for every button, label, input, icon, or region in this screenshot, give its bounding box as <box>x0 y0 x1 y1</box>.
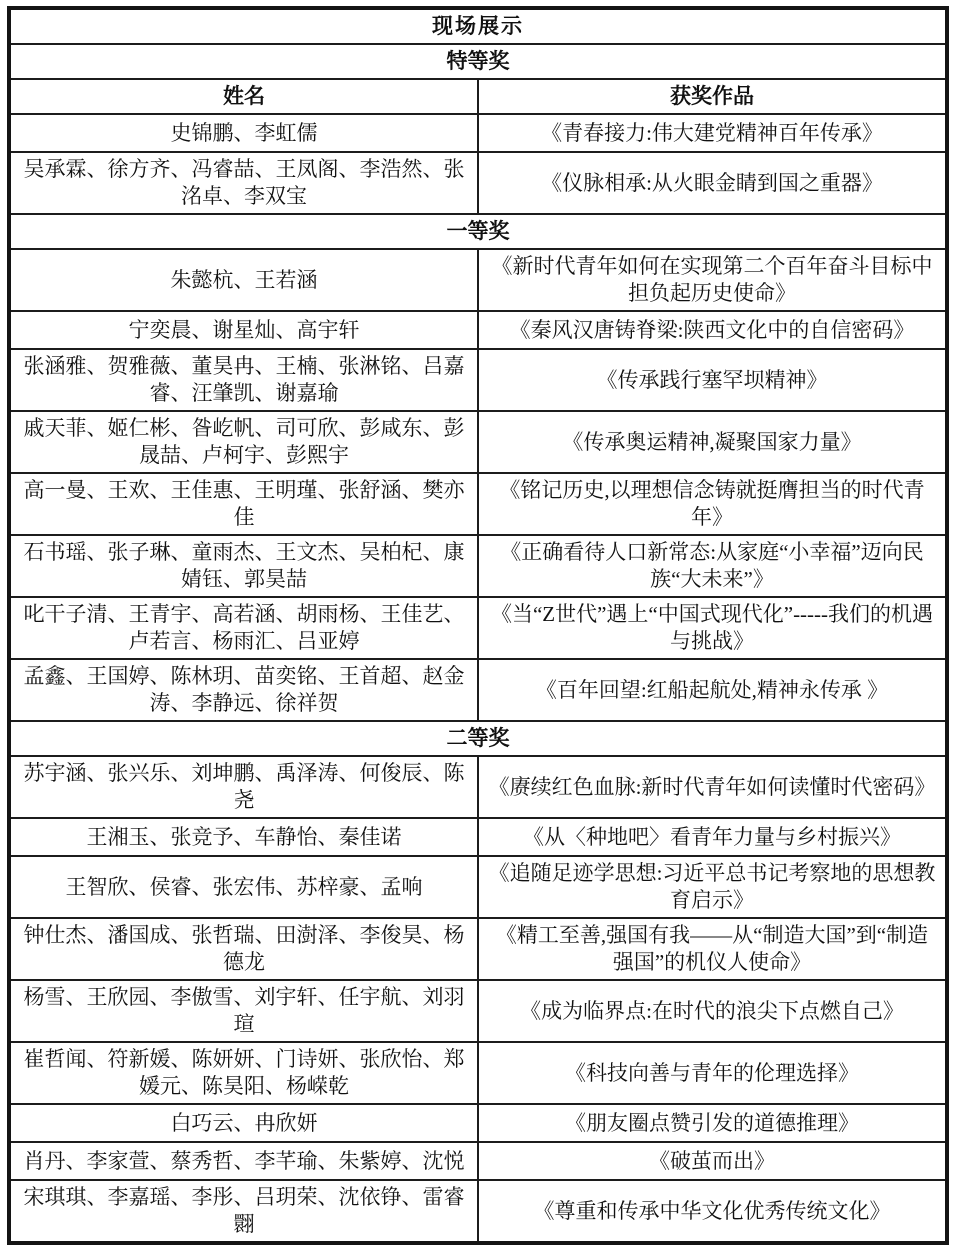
column-header-name: 姓名 <box>9 79 478 114</box>
section-row-first-prize: 一等奖 <box>9 214 947 249</box>
table-row: 叱干子清、王青宇、高若涵、胡雨杨、王佳艺、卢若言、杨雨汇、吕亚婷 《当“Z世代”… <box>9 597 947 659</box>
work-cell: 《传承奥运精神,凝聚国家力量》 <box>478 411 947 473</box>
work-cell: 《百年回望:红船起航处,精神永传承 》 <box>478 659 947 721</box>
section-label-special-prize: 特等奖 <box>9 44 947 79</box>
work-cell: 《精工至善,强国有我——从“制造大国”到“制造强国”的机仪人使命》 <box>478 918 947 980</box>
table-row: 孟鑫、王国婷、陈林玥、苗奕铭、王首超、赵金涛、李静远、徐祥贺 《百年回望:红船起… <box>9 659 947 721</box>
table-row: 宋琪琪、李嘉瑶、李彤、吕玥荣、沈依铮、雷睿翾 《尊重和传承中华文化优秀传统文化》 <box>9 1180 947 1243</box>
table-row: 戚天菲、姬仁彬、昝屹帆、司可欣、彭咸东、彭晟喆、卢柯宇、彭熙宇 《传承奥运精神,… <box>9 411 947 473</box>
name-cell: 高一曼、王欢、王佳惠、王明瑾、张舒涵、樊亦佳 <box>9 473 478 535</box>
table-row: 吴承霖、徐方齐、冯睿喆、王凤阁、李浩然、张洺卓、李双宝 《仪脉相承:从火眼金睛到… <box>9 152 947 214</box>
name-cell: 张涵雅、贺雅薇、董昊冉、王楠、张淋铭、吕嘉睿、汪肇凯、谢嘉瑜 <box>9 349 478 411</box>
column-header-row: 姓名 获奖作品 <box>9 79 947 114</box>
table-row: 王湘玉、张竞予、车静怡、秦佳诺 《从〈种地吧〉看青年力量与乡村振兴》 <box>9 818 947 856</box>
work-cell: 《赓续红色血脉:新时代青年如何读懂时代密码》 <box>478 756 947 818</box>
section-row-special-prize: 特等奖 <box>9 44 947 79</box>
name-cell: 吴承霖、徐方齐、冯睿喆、王凤阁、李浩然、张洺卓、李双宝 <box>9 152 478 214</box>
work-cell: 《从〈种地吧〉看青年力量与乡村振兴》 <box>478 818 947 856</box>
table-row: 杨雪、王欣园、李傲雪、刘宇轩、任宇航、刘羽瑄 《成为临界点:在时代的浪尖下点燃自… <box>9 980 947 1042</box>
section-row-second-prize: 二等奖 <box>9 721 947 756</box>
name-cell: 宋琪琪、李嘉瑶、李彤、吕玥荣、沈依铮、雷睿翾 <box>9 1180 478 1243</box>
name-cell: 王智欣、侯睿、张宏伟、苏梓豪、孟响 <box>9 856 478 918</box>
table-row: 石书瑶、张子琳、童雨杰、王文杰、吴柏杞、康婧钰、郭昊喆 《正确看待人口新常态:从… <box>9 535 947 597</box>
table-row: 宁奕晨、谢星灿、高宇轩 《秦风汉唐铸脊梁:陕西文化中的自信密码》 <box>9 311 947 349</box>
name-cell: 叱干子清、王青宇、高若涵、胡雨杨、王佳艺、卢若言、杨雨汇、吕亚婷 <box>9 597 478 659</box>
name-cell: 戚天菲、姬仁彬、昝屹帆、司可欣、彭咸东、彭晟喆、卢柯宇、彭熙宇 <box>9 411 478 473</box>
column-header-work: 获奖作品 <box>478 79 947 114</box>
document-page: 现场展示 特等奖 姓名 获奖作品 史锦鹏、李虹儒 《青春接力:伟大建党精神百年传… <box>0 0 956 1242</box>
table-row: 钟仕杰、潘国成、张哲瑞、田澍泽、李俊昊、杨德龙 《精工至善,强国有我——从“制造… <box>9 918 947 980</box>
work-cell: 《当“Z世代”遇上“中国式现代化”-----我们的机遇与挑战》 <box>478 597 947 659</box>
table-row: 张涵雅、贺雅薇、董昊冉、王楠、张淋铭、吕嘉睿、汪肇凯、谢嘉瑜 《传承践行塞罕坝精… <box>9 349 947 411</box>
name-cell: 王湘玉、张竞予、车静怡、秦佳诺 <box>9 818 478 856</box>
section-label-second-prize: 二等奖 <box>9 721 947 756</box>
award-table: 现场展示 特等奖 姓名 获奖作品 史锦鹏、李虹儒 《青春接力:伟大建党精神百年传… <box>7 6 949 1245</box>
name-cell: 崔哲闻、符新媛、陈妍妍、门诗妍、张欣怡、郑媛元、陈昊阳、杨嵘乾 <box>9 1042 478 1104</box>
name-cell: 肖丹、李家萱、蔡秀哲、李芊瑜、朱紫婷、沈悦 <box>9 1142 478 1180</box>
name-cell: 宁奕晨、谢星灿、高宇轩 <box>9 311 478 349</box>
name-cell: 朱懿杭、王若涵 <box>9 249 478 311</box>
table-row: 王智欣、侯睿、张宏伟、苏梓豪、孟响 《追随足迹学思想:习近平总书记考察地的思想教… <box>9 856 947 918</box>
name-cell: 孟鑫、王国婷、陈林玥、苗奕铭、王首超、赵金涛、李静远、徐祥贺 <box>9 659 478 721</box>
work-cell: 《成为临界点:在时代的浪尖下点燃自己》 <box>478 980 947 1042</box>
work-cell: 《尊重和传承中华文化优秀传统文化》 <box>478 1180 947 1243</box>
table-row: 苏宇涵、张兴乐、刘坤鹏、禹泽涛、何俊辰、陈尧 《赓续红色血脉:新时代青年如何读懂… <box>9 756 947 818</box>
table-row: 白巧云、冉欣妍 《朋友圈点赞引发的道德推理》 <box>9 1104 947 1142</box>
table-row: 崔哲闻、符新媛、陈妍妍、门诗妍、张欣怡、郑媛元、陈昊阳、杨嵘乾 《科技向善与青年… <box>9 1042 947 1104</box>
work-cell: 《青春接力:伟大建党精神百年传承》 <box>478 114 947 152</box>
work-cell: 《正确看待人口新常态:从家庭“小幸福”迈向民族“大未来”》 <box>478 535 947 597</box>
name-cell: 白巧云、冉欣妍 <box>9 1104 478 1142</box>
work-cell: 《追随足迹学思想:习近平总书记考察地的思想教育启示》 <box>478 856 947 918</box>
name-cell: 钟仕杰、潘国成、张哲瑞、田澍泽、李俊昊、杨德龙 <box>9 918 478 980</box>
section-label-first-prize: 一等奖 <box>9 214 947 249</box>
name-cell: 史锦鹏、李虹儒 <box>9 114 478 152</box>
table-row: 朱懿杭、王若涵 《新时代青年如何在实现第二个百年奋斗目标中担负起历史使命》 <box>9 249 947 311</box>
work-cell: 《仪脉相承:从火眼金睛到国之重器》 <box>478 152 947 214</box>
work-cell: 《铭记历史,以理想信念铸就挺膺担当的时代青年》 <box>478 473 947 535</box>
work-cell: 《科技向善与青年的伦理选择》 <box>478 1042 947 1104</box>
work-cell: 《传承践行塞罕坝精神》 <box>478 349 947 411</box>
work-cell: 《秦风汉唐铸脊梁:陕西文化中的自信密码》 <box>478 311 947 349</box>
work-cell: 《新时代青年如何在实现第二个百年奋斗目标中担负起历史使命》 <box>478 249 947 311</box>
name-cell: 石书瑶、张子琳、童雨杰、王文杰、吴柏杞、康婧钰、郭昊喆 <box>9 535 478 597</box>
work-cell: 《朋友圈点赞引发的道德推理》 <box>478 1104 947 1142</box>
name-cell: 苏宇涵、张兴乐、刘坤鹏、禹泽涛、何俊辰、陈尧 <box>9 756 478 818</box>
table-row: 肖丹、李家萱、蔡秀哲、李芊瑜、朱紫婷、沈悦 《破茧而出》 <box>9 1142 947 1180</box>
name-cell: 杨雪、王欣园、李傲雪、刘宇轩、任宇航、刘羽瑄 <box>9 980 478 1042</box>
title-row: 现场展示 <box>9 8 947 44</box>
table-row: 高一曼、王欢、王佳惠、王明瑾、张舒涵、樊亦佳 《铭记历史,以理想信念铸就挺膺担当… <box>9 473 947 535</box>
page-title: 现场展示 <box>9 8 947 44</box>
work-cell: 《破茧而出》 <box>478 1142 947 1180</box>
table-row: 史锦鹏、李虹儒 《青春接力:伟大建党精神百年传承》 <box>9 114 947 152</box>
